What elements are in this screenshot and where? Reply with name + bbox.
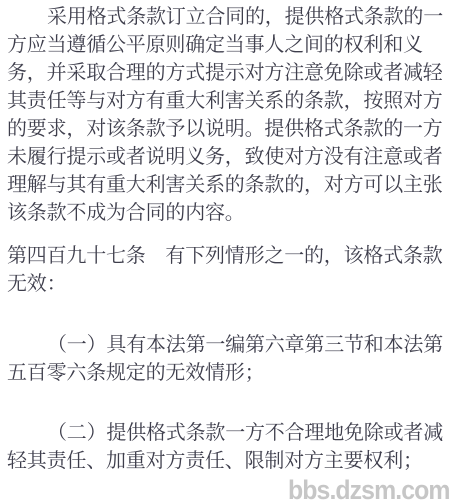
paragraph-article-497-heading: 第四百九十七条 有下列情形之一的，该格式条款 无效：: [7, 242, 446, 298]
paragraph-standard-terms: 采用格式条款订立合同的，提供格式条款的一 方应当遵循公平原则确定当事人之间的权利…: [7, 3, 446, 227]
watermark: bbs.dzsm.com: [288, 477, 450, 500]
list-item-one: （一）具有本法第一编第六章第三节和本法第 五百零六条规定的无效情形；: [7, 331, 446, 387]
legal-text-page: 采用格式条款订立合同的，提供格式条款的一 方应当遵循公平原则确定当事人之间的权利…: [0, 0, 451, 500]
list-item-two: （二）提供格式条款一方不合理地免除或者减 轻其责任、加重对方责任、限制对方主要权…: [7, 419, 446, 475]
